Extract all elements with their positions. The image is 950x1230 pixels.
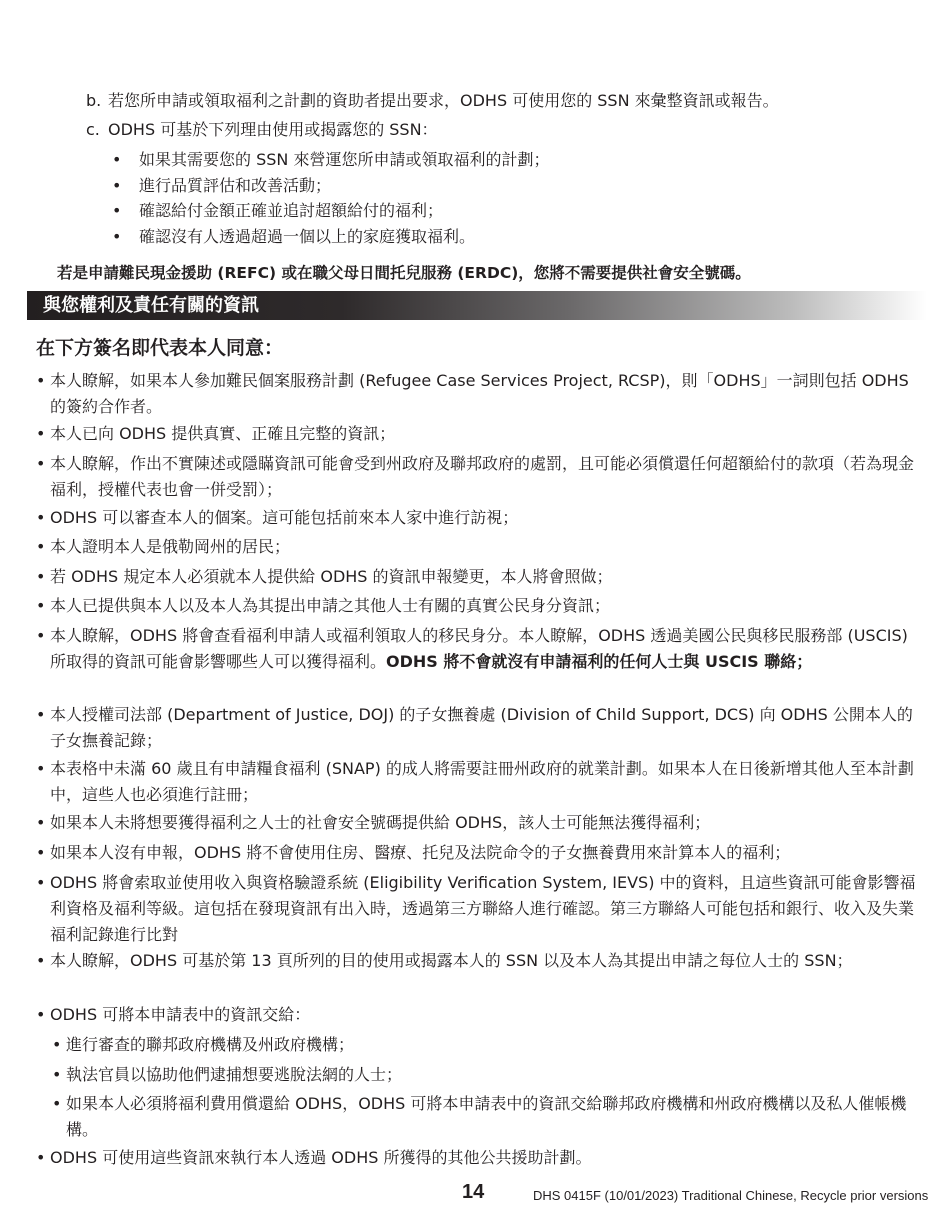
list-marker: c. <box>86 117 108 143</box>
consent-item-text: ODHS 可以審查本人的個案。這可能包括前來本人家中進行訪視； <box>50 505 926 531</box>
consent-item-text: 如果本人沒有申報，ODHS 將不會使用住房、醫療、托兒及法院命令的子女撫養費用來… <box>50 840 926 866</box>
bullet-icon: • <box>36 870 50 896</box>
consent-item-text: 本人瞭解，ODHS 可基於第 13 頁所列的目的使用或揭露本人的 SSN 以及本… <box>50 948 926 974</box>
consent-item-text: 本人已向 ODHS 提供真實、正確且完整的資訊； <box>50 421 926 447</box>
bullet-icon: • <box>36 810 50 836</box>
ssn-reason-item: •進行品質評估和改善活動； <box>112 173 331 199</box>
bullet-icon: • <box>36 564 50 590</box>
consent-item-text: 本人瞭解，ODHS 將會查看福利申請人或福利領取人的移民身分。本人瞭解，ODHS… <box>50 623 926 675</box>
bullet-icon: • <box>36 505 50 531</box>
ssn-exemption-note: 若是申請難民現金援助 (REFC) 或在職父母日間托兒服務 (ERDC)，您將不… <box>57 260 751 286</box>
bullet-icon: • <box>112 224 139 250</box>
ssn-reason-text: 如果其需要您的 SSN 來營運您所申請或領取福利的計劃； <box>139 150 549 169</box>
disclosure-sub-text: 進行審查的聯邦政府機構及州政府機構； <box>66 1032 927 1058</box>
bullet-icon: • <box>112 173 139 199</box>
consent-item-text: 本人已提供與本人以及本人為其提出申請之其他人士有關的真實公民身分資訊； <box>50 593 926 619</box>
list-marker: b. <box>86 88 108 114</box>
bullet-icon: • <box>36 451 50 477</box>
consent-item-text: ODHS 將會索取並使用收入與資格驗證系統 (Eligibility Verif… <box>50 870 926 948</box>
consent-item-text: 本人瞭解，作出不實陳述或隱瞞資訊可能會受到州政府及聯邦政府的處罰，且可能必須償還… <box>50 451 926 503</box>
section-header-bar: 與您權利及責任有關的資訊 <box>27 291 927 320</box>
ssn-reason-text: 進行品質評估和改善活動； <box>139 176 331 195</box>
bullet-icon: • <box>36 593 50 619</box>
bullet-icon: • <box>52 1062 66 1088</box>
consent-item: • 本人瞭解，如果本人參加難民個案服務計劃 (Refugee Case Serv… <box>36 368 926 420</box>
consent-heading: 在下方簽名即代表本人同意： <box>36 333 283 360</box>
consent-item-text: 本人瞭解，如果本人參加難民個案服務計劃 (Refugee Case Servic… <box>50 368 926 420</box>
consent-item-text: 本表格中未滿 60 歲且有申請糧食福利 (SNAP) 的成人將需要註冊州政府的就… <box>50 756 926 808</box>
bullet-icon: • <box>36 948 50 974</box>
bullet-icon: • <box>52 1032 66 1058</box>
bullet-icon: • <box>36 368 50 394</box>
bullet-icon: • <box>112 147 139 173</box>
ssn-use-text: ODHS 可基於下列理由使用或揭露您的 SSN： <box>108 120 438 139</box>
bullet-icon: • <box>36 756 50 782</box>
ssn-reason-item: •確認給付金額正確並追討超額給付的福利； <box>112 198 443 224</box>
bullet-icon: • <box>36 1002 50 1028</box>
consent-item-text: 本人授權司法部 (Department of Justice, DOJ) 的子女… <box>50 702 926 754</box>
ssn-reason-item: •確認沒有人透過超過一個以上的家庭獲取福利。 <box>112 224 475 250</box>
section-title: 與您權利及責任有關的資訊 <box>43 292 259 319</box>
disclosure-sub-text: 如果本人必須將福利費用償還給 ODHS，ODHS 可將本申請表中的資訊交給聯邦政… <box>66 1091 927 1143</box>
consent-item-text: 本人證明本人是俄勒岡州的居民； <box>50 534 926 560</box>
consent-item-text: ODHS 可使用這些資訊來執行本人透過 ODHS 所獲得的其他公共援助計劃。 <box>50 1145 926 1171</box>
ssn-reason-text: 確認給付金額正確並追討超額給付的福利； <box>139 201 443 220</box>
bullet-icon: • <box>36 840 50 866</box>
bullet-icon: • <box>36 702 50 728</box>
bullet-icon: • <box>52 1091 66 1117</box>
ssn-use-item-b: b.若您所申請或領取福利之計劃的資助者提出要求，ODHS 可使用您的 SSN 來… <box>86 88 779 114</box>
page-number: 14 <box>462 1181 484 1204</box>
bullet-icon: • <box>36 1145 50 1171</box>
ssn-reason-text: 確認沒有人透過超過一個以上的家庭獲取福利。 <box>139 227 475 246</box>
disclosure-sub-text: 執法官員以協助他們逮捕想要逃脫法網的人士； <box>66 1062 927 1088</box>
bullet-icon: • <box>112 198 139 224</box>
bullet-icon: • <box>36 623 50 649</box>
bullet-icon: • <box>36 534 50 560</box>
ssn-use-item-c: c.ODHS 可基於下列理由使用或揭露您的 SSN： <box>86 117 438 143</box>
ssn-use-text: 若您所申請或領取福利之計劃的資助者提出要求，ODHS 可使用您的 SSN 來彙整… <box>108 91 779 110</box>
consent-item-text: 如果本人未將想要獲得福利之人士的社會安全號碼提供給 ODHS，該人士可能無法獲得… <box>50 810 926 836</box>
consent-item-bold: ODHS 將不會就沒有申請福利的任何人士與 USCIS 聯絡； <box>386 652 812 671</box>
consent-item-text: 若 ODHS 規定本人必須就本人提供給 ODHS 的資訊申報變更，本人將會照做； <box>50 564 926 590</box>
ssn-reason-item: •如果其需要您的 SSN 來營運您所申請或領取福利的計劃； <box>112 147 549 173</box>
consent-item-text: ODHS 可將本申請表中的資訊交給： <box>50 1002 926 1028</box>
form-identifier: DHS 0415F (10/01/2023) Traditional Chine… <box>533 1188 928 1203</box>
bullet-icon: • <box>36 421 50 447</box>
